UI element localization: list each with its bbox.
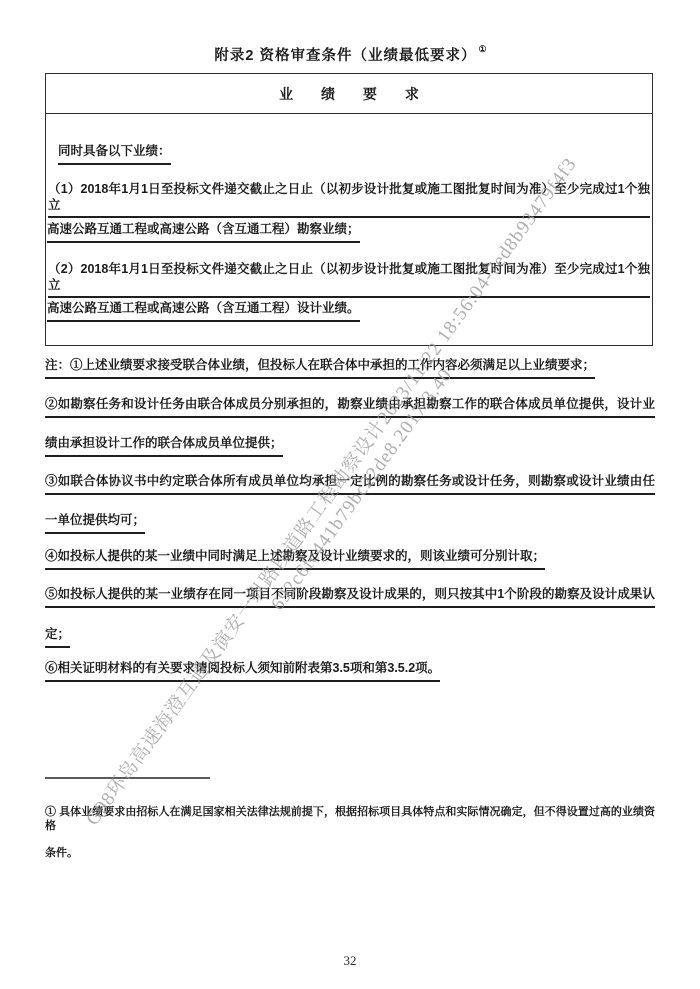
footnote-line: 条件。 <box>45 847 78 861</box>
note-line: 注：①上述业绩要求接受联合体业绩，但投标人在联合体中承担的工作内容必须满足以上业… <box>45 358 595 379</box>
title-footnote-marker: ① <box>479 44 488 54</box>
note-line: ⑥相关证明材料的有关要求请阅投标人须知前附表第3.5项和第3.5.2项。 <box>45 661 440 682</box>
note-line: ④如投标人提供的某一业绩中同时满足上述勘察及设计业绩要求的，则该业绩可分别计取； <box>45 549 545 570</box>
requirements-table: 业 绩 要 求 同时具备以下业绩： （1）2018年1月1日至投标文件递交截止之… <box>45 73 653 346</box>
table-body-line: （2）2018年1月1日至投标文件递交截止之日止（以初步设计批复或施工图批复时间… <box>48 262 650 298</box>
notes-section: 注：①上述业绩要求接受联合体业绩，但投标人在联合体中承担的工作内容必须满足以上业… <box>45 356 655 696</box>
note-line: 绩由承担设计工作的联合体成员单位提供； <box>45 436 283 457</box>
note-line: ③如联合体协议书中约定联合体所有成员单位均承担一定比例的勘察任务或设计任务，则勘… <box>45 474 655 495</box>
table-body-line: （1）2018年1月1日至投标文件递交截止之日止（以初步设计批复或施工图批复时间… <box>48 182 650 218</box>
table-body-line: 同时具备以下业绩： <box>58 144 171 165</box>
page-title-text: 附录2 资格审查条件（业绩最低要求） <box>214 48 476 64</box>
footnote-section: ① 具体业绩要求由招标人在满足国家相关法律法规前提下，根据招标项目具体特点和实际… <box>45 777 655 877</box>
page-number: 32 <box>0 953 700 969</box>
document-page: 附录2 资格审查条件（业绩最低要求）① 业 绩 要 求 同时具备以下业绩： （1… <box>0 0 700 989</box>
table-body-line: 高速公路互通工程或高速公路（含互通工程）勘察业绩； <box>47 222 360 243</box>
note-line: 定； <box>45 627 70 648</box>
table-header-cell: 业 绩 要 求 <box>46 74 652 114</box>
page-title: 附录2 资格审查条件（业绩最低要求）① <box>0 44 700 65</box>
note-line: ⑤如投标人提供的某一业绩存在同一项目不同阶段勘察及设计成果的，则只按其中1个阶段… <box>45 587 655 608</box>
note-line: ②如勘察任务和设计任务由联合体成员分别承担的，勘察业绩由承担勘察工作的联合体成员… <box>45 397 655 418</box>
footnote-separator <box>45 777 210 779</box>
table-body-line: 高速公路互通工程或高速公路（含互通工程）设计业绩。 <box>47 301 360 322</box>
note-line: 一单位提供均可； <box>45 513 145 534</box>
footnote-line: ① 具体业绩要求由招标人在满足国家相关法律法规前提下，根据招标项目具体特点和实际… <box>45 806 655 834</box>
